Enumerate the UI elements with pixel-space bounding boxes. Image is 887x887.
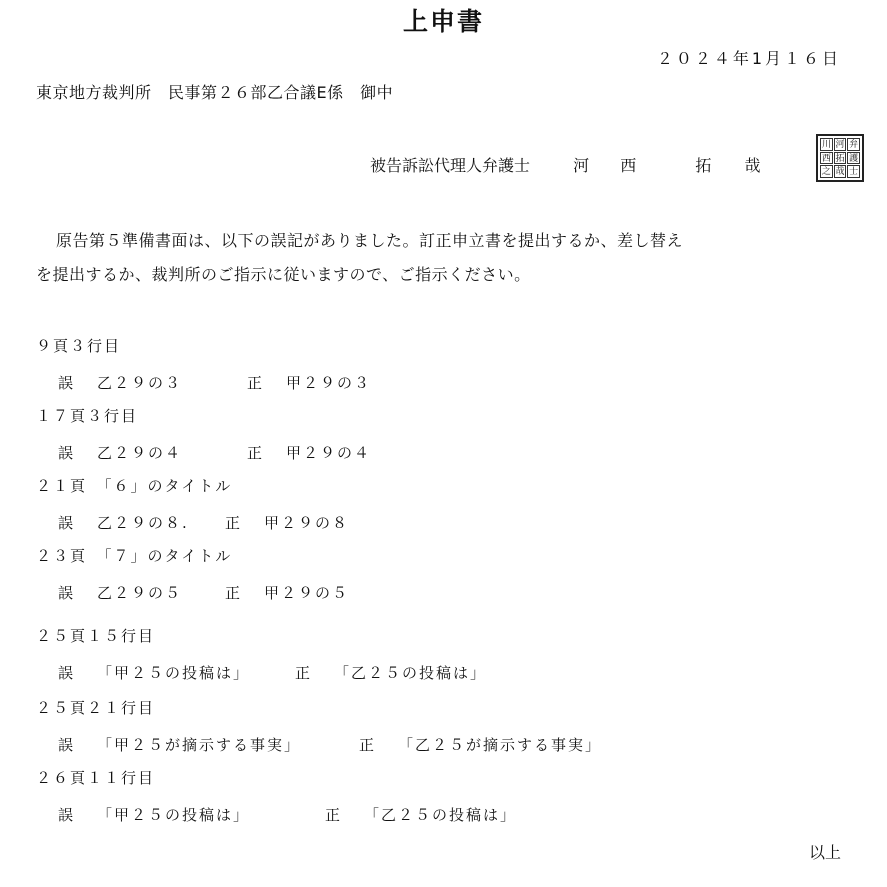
- signer-line: 被告訴訟代理人弁護士 河 西 拓 哉: [370, 153, 760, 176]
- wrong-text: 乙２９の３: [97, 372, 247, 393]
- correction-location: ２６頁１１行目: [36, 767, 155, 788]
- wrong-label: 誤: [58, 734, 75, 755]
- correction-location: ２５頁２１行目: [36, 697, 155, 718]
- right-label: 正: [225, 582, 242, 603]
- right-label: 正: [247, 442, 264, 463]
- right-text: 「乙２５の投稿は」: [364, 806, 517, 824]
- right-text: 「乙２５が摘示する事実」: [398, 736, 602, 754]
- right-text: 「乙２５の投稿は」: [334, 664, 487, 682]
- seal-char: 哉: [834, 165, 847, 178]
- signer-name-part: 河: [573, 153, 589, 176]
- correction-line: 誤乙２９の８.正甲２９の８: [58, 512, 349, 533]
- wrong-text: 「甲２５の投稿は」: [97, 662, 295, 683]
- right-label: 正: [359, 734, 376, 755]
- seal-char: 拓: [834, 152, 847, 165]
- seal-stamp-icon: 川 河 弁 西 拓 護 之 哉 士: [816, 134, 864, 182]
- wrong-text: 乙２９の５: [97, 582, 225, 603]
- correction-line: 誤乙２９の３正甲２９の３: [58, 372, 371, 393]
- seal-char: 士: [847, 165, 860, 178]
- right-label: 正: [325, 804, 342, 825]
- seal-char: 西: [820, 152, 833, 165]
- right-text: 甲２９の５: [264, 584, 349, 602]
- seal-char: 護: [847, 152, 860, 165]
- right-label: 正: [247, 372, 264, 393]
- correction-location: １７頁３行目: [36, 405, 138, 426]
- right-label: 正: [225, 512, 242, 533]
- seal-char: 弁: [847, 138, 860, 151]
- seal-char: 川: [820, 138, 833, 151]
- wrong-text: 乙２９の４: [97, 442, 247, 463]
- body-paragraph-line: を提出するか、裁判所のご指示に従いますので、ご指示ください。: [36, 262, 531, 285]
- correction-location: ９頁３行目: [36, 335, 121, 356]
- signer-name-part: 拓: [695, 153, 711, 176]
- correction-line: 誤乙２９の４正甲２９の４: [58, 442, 371, 463]
- wrong-label: 誤: [58, 372, 75, 393]
- document-date: ２０２４年1月１６日: [657, 46, 841, 69]
- signer-name-part: 哉: [744, 153, 760, 176]
- wrong-label: 誤: [58, 662, 75, 683]
- signer-role: 被告訴訟代理人弁護士: [370, 153, 530, 176]
- seal-char: 之: [820, 165, 833, 178]
- correction-location: ２３頁 「７」のタイトル: [36, 545, 232, 566]
- wrong-label: 誤: [58, 512, 75, 533]
- wrong-label: 誤: [58, 442, 75, 463]
- closing-mark: 以上: [809, 840, 841, 863]
- correction-location: ２５頁１５行目: [36, 625, 155, 646]
- correction-line: 誤乙２９の５正甲２９の５: [58, 582, 349, 603]
- seal-char: 河: [834, 138, 847, 151]
- signer-name-part: 西: [620, 153, 636, 176]
- right-text: 甲２９の８: [264, 514, 349, 532]
- wrong-text: 「甲２５が摘示する事実」: [97, 734, 359, 755]
- addressee: 東京地方裁判所 民事第２６部乙合議E係 御中: [36, 80, 393, 103]
- body-paragraph-line: 原告第５準備書面は、以下の誤記がありました。訂正申立書を提出するか、差し替え: [36, 228, 683, 251]
- correction-line: 誤「甲２５の投稿は」正「乙２５の投稿は」: [58, 804, 517, 825]
- wrong-label: 誤: [58, 804, 75, 825]
- document-title: 上申書: [0, 2, 887, 38]
- right-label: 正: [295, 662, 312, 683]
- correction-line: 誤「甲２５の投稿は」正「乙２５の投稿は」: [58, 662, 487, 683]
- right-text: 甲２９の３: [286, 374, 371, 392]
- wrong-label: 誤: [58, 582, 75, 603]
- right-text: 甲２９の４: [286, 444, 371, 462]
- wrong-text: 乙２９の８.: [97, 512, 225, 533]
- correction-line: 誤「甲２５が摘示する事実」正「乙２５が摘示する事実」: [58, 734, 602, 755]
- correction-location: ２１頁 「６」のタイトル: [36, 475, 232, 496]
- wrong-text: 「甲２５の投稿は」: [97, 804, 325, 825]
